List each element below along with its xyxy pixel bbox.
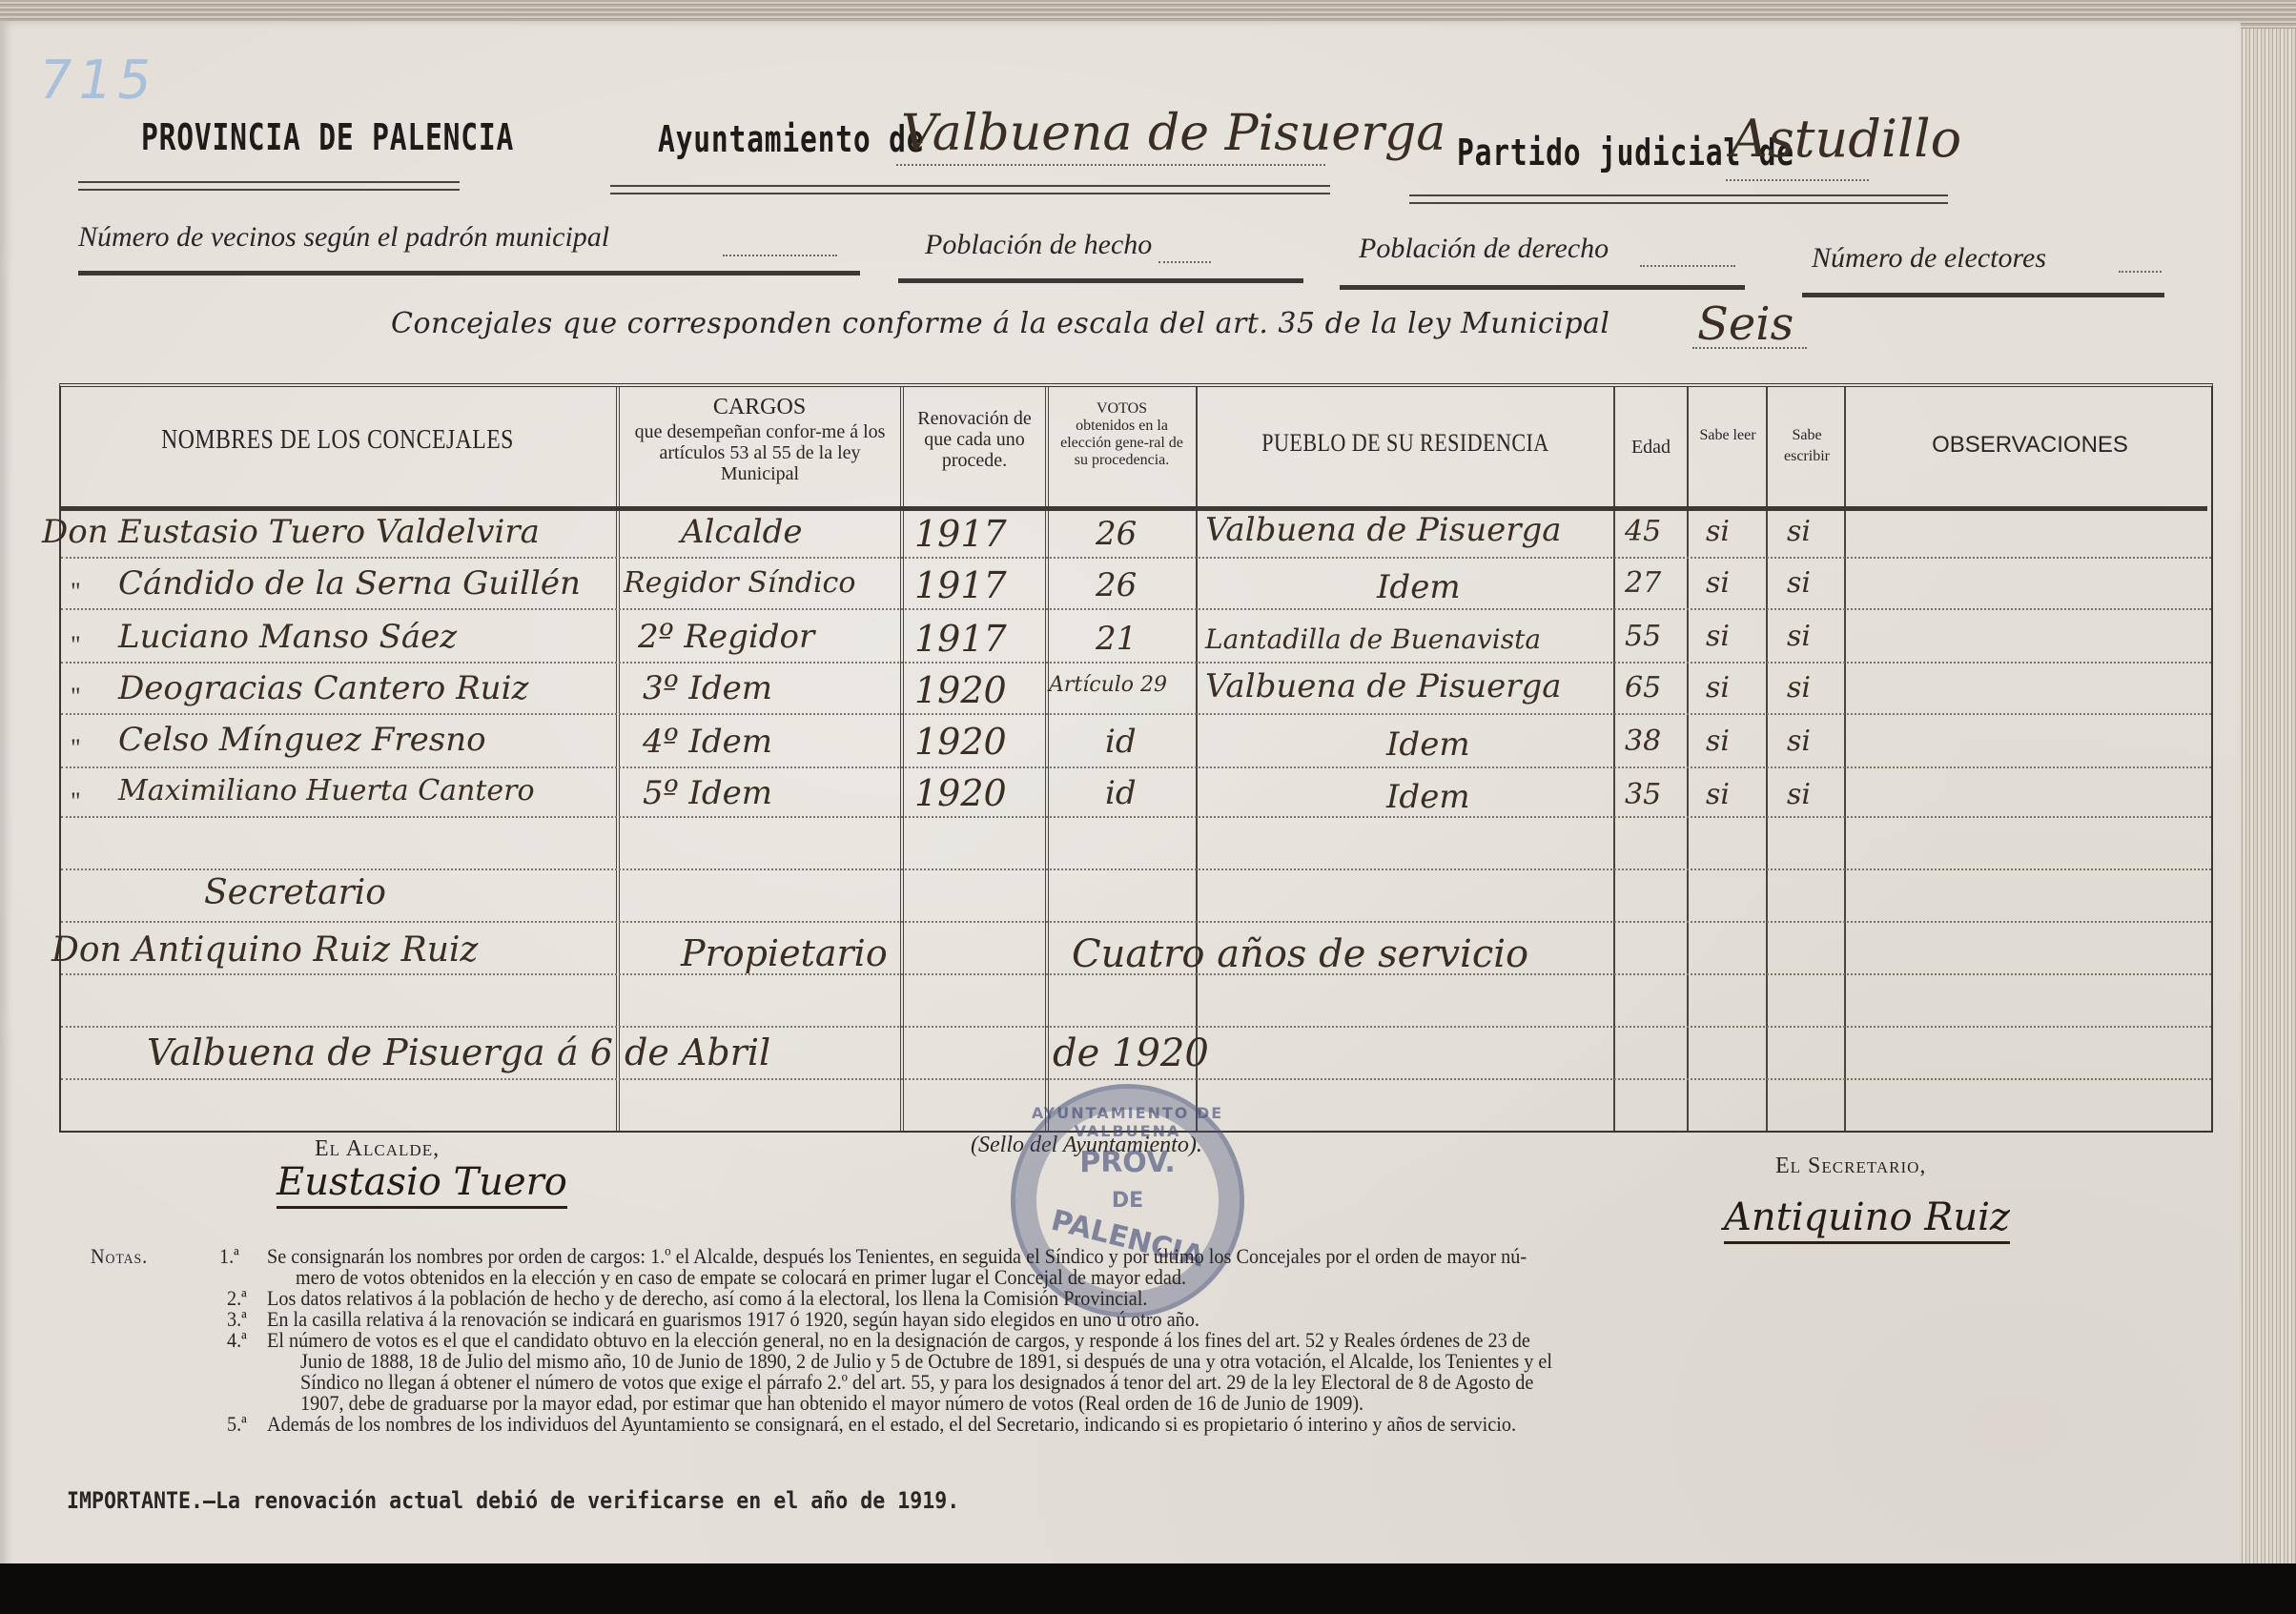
row-renovacion: 1920 [914, 669, 1007, 711]
fill-line [1726, 179, 1869, 181]
concejales-value: Seis [1697, 297, 1794, 351]
stamp-ring-text: AYUNTAMIENTO DE VALBUENA [1015, 1104, 1240, 1140]
row-pueblo: Idem [1377, 568, 1461, 606]
row-cargo: 2º Regidor [638, 618, 814, 656]
note-number: 5.ª [227, 1414, 247, 1436]
row-escribir: si [1787, 620, 1811, 653]
divider [78, 271, 860, 276]
secretario-signature: Antiquino Ruiz [1724, 1195, 2010, 1244]
alcalde-signature: Eustasio Tuero [277, 1160, 567, 1209]
row-renovacion: 1920 [914, 721, 1007, 763]
book-page-edges-right [2239, 29, 2296, 1592]
row-prefix: " [71, 578, 81, 606]
note-number: 4.ª [227, 1330, 247, 1352]
vecinos-field[interactable] [723, 255, 837, 256]
row-votos: 21 [1096, 620, 1137, 658]
row-escribir: si [1787, 725, 1811, 758]
header-nombres: NOMBRES DE LOS CONCEJALES [119, 430, 557, 451]
row-edad: 27 [1625, 566, 1661, 600]
province-title: PROVINCIA DE PALENCIA [141, 116, 514, 158]
row-line [61, 766, 2211, 768]
row-escribir: si [1787, 671, 1811, 705]
secretario-label: El Secretario, [1775, 1154, 1926, 1179]
row-nombre: Eustasio Tuero Valdelvira [118, 513, 540, 551]
secretario-title: Secretario [204, 873, 386, 912]
row-nombre: Cándido de la Serna Guillén [118, 564, 581, 603]
stamp-line-1: PROV. [1015, 1146, 1240, 1179]
row-cargo: 4º Idem [643, 723, 772, 761]
derecho-label: Población de derecho [1359, 233, 1609, 265]
row-edad: 38 [1625, 725, 1661, 758]
row-line [61, 921, 2211, 923]
row-line [61, 1026, 2211, 1028]
divider [1409, 194, 1948, 204]
pencil-page-number: 715 [32, 50, 162, 112]
row-votos: id [1105, 723, 1137, 761]
row-cargo: 5º Idem [643, 774, 772, 812]
header-cargos-sub: que desempeñan confor-me á los artículos… [625, 421, 894, 484]
row-votos: 26 [1096, 515, 1137, 553]
important-notice: IMPORTANTE.—La renovación actual debió d… [67, 1487, 959, 1514]
column-divider [1045, 387, 1049, 1131]
scan-background [0, 1563, 2296, 1614]
row-nombre: Maximiliano Huerta Cantero [118, 774, 535, 807]
column-divider [1844, 387, 1846, 1131]
row-prefix: " [71, 787, 81, 816]
row-votos: id [1105, 774, 1137, 812]
fecha-dia-mes: á 6 de Abril [557, 1032, 770, 1073]
row-nombre: Deogracias Cantero Ruiz [118, 669, 528, 707]
row-pueblo: Idem [1386, 725, 1470, 764]
divider [78, 181, 460, 191]
concejales-table: NOMBRES DE LOS CONCEJALES CARGOS que des… [59, 383, 2213, 1133]
divider [1340, 285, 1745, 290]
hecho-label: Población de hecho [925, 229, 1152, 261]
ayuntamiento-value: Valbuena de Pisuerga [901, 105, 1445, 162]
row-leer: si [1706, 725, 1730, 758]
row-prefix: Don [42, 513, 109, 551]
fecha-lugar: Valbuena de Pisuerga [147, 1032, 544, 1073]
fecha-anio: de 1920 [1053, 1032, 1209, 1075]
row-line [61, 1078, 2211, 1080]
row-renovacion: 1917 [914, 618, 1007, 660]
row-cargo: Alcalde [681, 513, 803, 551]
row-edad: 35 [1625, 778, 1661, 811]
header-renovacion: Renovación de que cada uno procede. [908, 408, 1041, 471]
note-text: Además de los nombres de los individuos … [267, 1414, 1516, 1436]
row-cargo: 3º Idem [643, 669, 772, 707]
secretario-nombre: Don Antiquino Ruiz Ruiz [51, 930, 478, 970]
alcalde-label: El Alcalde, [315, 1136, 440, 1162]
hecho-field[interactable] [1158, 261, 1211, 263]
row-escribir: si [1787, 778, 1811, 811]
row-line [61, 557, 2211, 559]
row-line [61, 868, 2211, 870]
electores-label: Número de electores [1812, 242, 2046, 275]
fill-line [896, 164, 1325, 166]
secretario-condicion: Propietario [681, 932, 888, 974]
row-leer: si [1706, 566, 1730, 600]
header-votos: VOTOS [1053, 400, 1191, 418]
column-divider [1687, 387, 1689, 1131]
row-votos: Artículo 29 [1049, 673, 1167, 697]
header-sabe-escribir: Sabe escribir [1773, 425, 1841, 467]
partido-value: Astudillo [1731, 109, 1961, 169]
header-votos-sub: obtenidos en la elección gene-ral de su … [1053, 418, 1191, 469]
column-divider [616, 387, 620, 1131]
derecho-field[interactable] [1640, 265, 1735, 267]
row-leer: si [1706, 515, 1730, 548]
header-sabe-leer: Sabe leer [1693, 425, 1762, 446]
row-line [61, 608, 2211, 610]
row-prefix: " [71, 734, 81, 763]
row-nombre: Luciano Manso Sáez [118, 618, 457, 656]
divider [1802, 293, 2164, 297]
row-renovacion: 1917 [914, 513, 1007, 555]
header-edad: Edad [1620, 437, 1682, 458]
column-divider [900, 387, 904, 1131]
row-edad: 55 [1625, 620, 1661, 653]
note-number: 1.ª [219, 1246, 239, 1268]
electores-field[interactable] [2119, 271, 2162, 273]
row-pueblo: Valbuena de Pisuerga [1205, 511, 1562, 549]
row-prefix: " [71, 683, 81, 711]
row-escribir: si [1787, 566, 1811, 600]
row-votos: 26 [1096, 566, 1137, 604]
notes-label: Notas. [91, 1246, 148, 1268]
row-edad: 65 [1625, 671, 1661, 705]
column-divider [1196, 387, 1198, 1131]
row-leer: si [1706, 620, 1730, 653]
column-divider [1613, 387, 1615, 1131]
header-observaciones: OBSERVACIONES [1854, 435, 2206, 456]
column-divider [1766, 387, 1768, 1131]
concejales-label: Concejales que corresponden conforme á l… [391, 307, 1610, 340]
divider [898, 278, 1303, 283]
row-line [61, 662, 2211, 664]
fill-line [1692, 347, 1807, 349]
row-pueblo: Lantadilla de Buenavista [1205, 623, 1541, 655]
row-leer: si [1706, 778, 1730, 811]
row-prefix: " [71, 631, 81, 660]
row-pueblo: Valbuena de Pisuerga [1205, 667, 1562, 705]
row-line [61, 713, 2211, 715]
divider [610, 185, 1330, 194]
row-nombre: Celso Mínguez Fresno [118, 721, 486, 759]
row-pueblo: Idem [1386, 778, 1470, 816]
row-cargo: Regidor Síndico [624, 566, 855, 600]
vecinos-label: Número de vecinos según el padrón munici… [78, 221, 609, 254]
header-cargos: CARGOS [624, 397, 895, 418]
header-pueblo: PUEBLO DE SU RESIDENCIA [1236, 433, 1576, 454]
row-edad: 45 [1625, 515, 1661, 548]
header-rule [61, 506, 2207, 511]
ayuntamiento-label: Ayuntamiento de [658, 118, 924, 160]
row-escribir: si [1787, 515, 1811, 548]
row-renovacion: 1917 [914, 564, 1007, 606]
document-page: 715 PROVINCIA DE PALENCIA Ayuntamiento d… [0, 21, 2241, 1584]
row-renovacion: 1920 [914, 772, 1007, 814]
secretario-servicio: Cuatro años de servicio [1072, 932, 1528, 976]
row-leer: si [1706, 671, 1730, 705]
row-line [61, 816, 2211, 818]
